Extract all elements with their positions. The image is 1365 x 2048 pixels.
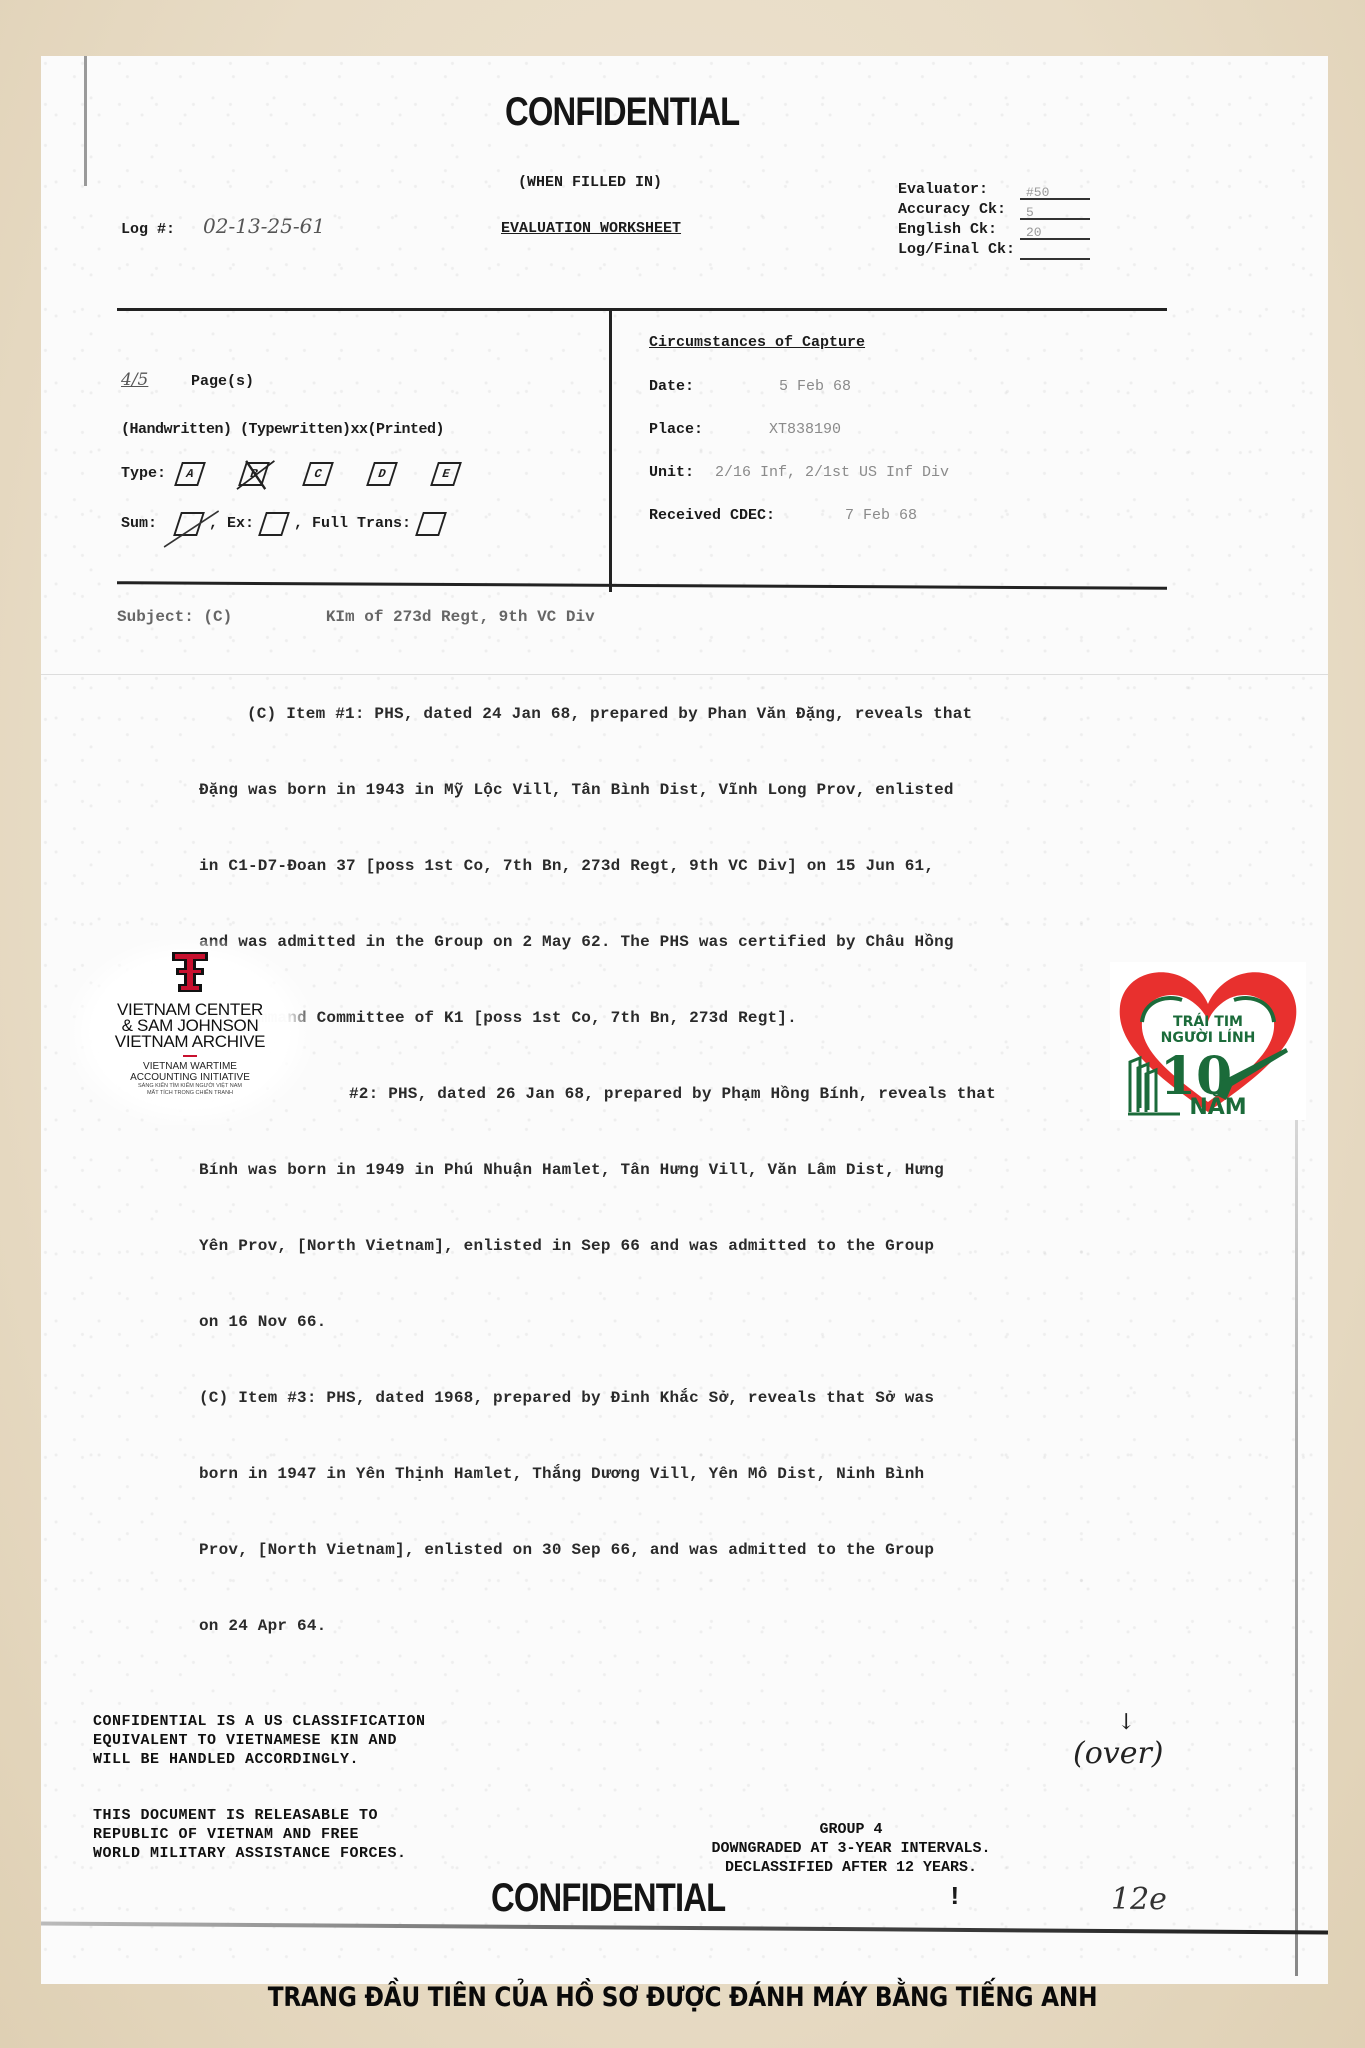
page-number-hand: 12e bbox=[1111, 1882, 1167, 1917]
accuracy-row: Accuracy Ck:5 bbox=[898, 200, 1090, 220]
circumstances-fields: Date:5 Feb 68 Place:XT838190 Unit:2/16 I… bbox=[649, 378, 949, 550]
vc-tiny-1: SÁNG KIẾN TÌM KIẾM NGƯỜI VIỆT NAM bbox=[70, 1083, 310, 1090]
body-line: (C) Item #1: PHS, dated 24 Jan 68, prepa… bbox=[199, 676, 996, 752]
vietnam-center-logo: VIETNAM CENTER & SAM JOHNSON VIETNAM ARC… bbox=[70, 940, 310, 1125]
down-arrow-icon: ↓ bbox=[1117, 1710, 1135, 1735]
double-t-icon bbox=[168, 948, 212, 996]
body-line: and was admitted in the Group on 2 May 6… bbox=[199, 904, 996, 980]
log-value: 02-13-25-61 bbox=[203, 214, 325, 238]
svg-text:NGƯỜI LÍNH: NGƯỜI LÍNH bbox=[1161, 1028, 1256, 1046]
caption: TRANG ĐẦU TIÊN CỦA HỒ SƠ ĐƯỢC ĐÁNH MÁY B… bbox=[96, 1982, 1270, 2013]
evaluator-label: Evaluator: bbox=[898, 180, 1016, 200]
vc-sub-2: ACCOUNTING INITIATIVE bbox=[70, 1072, 310, 1083]
body-line: Đặng was born in 1943 in Mỹ Lộc Vill, Tâ… bbox=[199, 752, 996, 828]
capture-date-label: Date: bbox=[649, 378, 779, 395]
when-filled-in: (WHEN FILLED IN) bbox=[518, 174, 662, 191]
english-label: English Ck: bbox=[898, 220, 1016, 240]
type-label: Type: bbox=[121, 464, 166, 484]
svg-text:NĂM: NĂM bbox=[1189, 1094, 1246, 1120]
body-line: Bính was born in 1949 in Phú Nhuận Hamle… bbox=[199, 1132, 996, 1208]
log-final-row: Log/Final Ck: bbox=[898, 240, 1090, 260]
notice-line: CONFIDENTIAL IS A US CLASSIFICATION bbox=[93, 1712, 426, 1731]
type-checkbox-b[interactable]: B bbox=[238, 462, 270, 486]
accuracy-value: 5 bbox=[1020, 206, 1090, 220]
over-note: ↓ (over) bbox=[1073, 1736, 1164, 1771]
bottom-scan-line bbox=[41, 1922, 1328, 1935]
type-checkbox-a[interactable]: A bbox=[174, 462, 206, 486]
capture-unit-value: 2/16 Inf, 2/1st US Inf Div bbox=[715, 464, 949, 481]
margin-rule bbox=[84, 56, 87, 186]
log-number: Log #: 02-13-25-61 bbox=[121, 214, 325, 238]
capture-date-row: Date:5 Feb 68 bbox=[649, 378, 949, 395]
type-checkbox-e[interactable]: E bbox=[430, 462, 462, 486]
log-final-label: Log/Final Ck: bbox=[898, 240, 1016, 260]
type-boxes: ABCDE bbox=[170, 462, 466, 486]
body-line: (C) Item #3: PHS, dated 1968, prepared b… bbox=[199, 1360, 996, 1436]
form-top-border bbox=[117, 308, 1167, 311]
log-final-value bbox=[1020, 246, 1090, 260]
type-checkbox-c[interactable]: C bbox=[302, 462, 334, 486]
notice-line: WILL BE HANDLED ACCORDINGLY. bbox=[93, 1750, 426, 1769]
trai-tim-nguoi-linh-logo: TRÁI TIM NGƯỜI LÍNH 10 NĂM bbox=[1110, 962, 1306, 1120]
subject-value: KIm of 273d Regt, 9th VC Div bbox=[326, 608, 595, 626]
vc-line-3: VIETNAM ARCHIVE bbox=[70, 1034, 310, 1050]
subject-line: Subject: (C) KIm of 273d Regt, 9th VC Di… bbox=[117, 608, 595, 626]
classification-top: CONFIDENTIAL bbox=[505, 90, 739, 135]
notice-line: WORLD MILITARY ASSISTANCE FORCES. bbox=[93, 1844, 407, 1863]
capture-date-value: 5 Feb 68 bbox=[779, 378, 851, 395]
received-cdec-value: 7 Feb 68 bbox=[845, 507, 917, 524]
body-line: the Command Committee of K1 [poss 1st Co… bbox=[199, 980, 996, 1056]
svg-text:TRÁI TIM: TRÁI TIM bbox=[1173, 1013, 1243, 1030]
english-row: English Ck:20 bbox=[898, 220, 1090, 240]
notice-line: REPUBLIC OF VIETNAM AND FREE bbox=[93, 1825, 407, 1844]
capture-place-row: Place:XT838190 bbox=[649, 421, 949, 438]
vc-accent-dash bbox=[183, 1055, 197, 1057]
body-line: Prov, [North Vietnam], enlisted on 30 Se… bbox=[199, 1512, 996, 1588]
over-note-text: (over) bbox=[1073, 1736, 1164, 1771]
margin-rule-right bbox=[1295, 1076, 1298, 1976]
form-bottom-border bbox=[117, 581, 1167, 589]
capture-unit-row: Unit:2/16 Inf, 2/1st US Inf Div bbox=[649, 464, 949, 481]
circumstances-title: Circumstances of Capture bbox=[649, 334, 865, 351]
vc-tiny-2: MẤT TÍCH TRONG CHIẾN TRANH bbox=[70, 1090, 310, 1097]
form-divider bbox=[609, 310, 612, 592]
capture-place-label: Place: bbox=[649, 421, 769, 438]
notice-line: EQUIVALENT TO VIETNAMESE KIN AND bbox=[93, 1731, 426, 1750]
form-title: EVALUATION WORKSHEET bbox=[501, 220, 681, 237]
type-row: Type: ABCDE bbox=[121, 462, 466, 486]
body-line: on 16 Nov 66. bbox=[199, 1284, 996, 1360]
document-body: (C) Item #1: PHS, dated 24 Jan 68, prepa… bbox=[199, 676, 996, 1664]
pages-value: 4/5 bbox=[121, 370, 191, 390]
accuracy-label: Accuracy Ck: bbox=[898, 200, 1016, 220]
body-line: on 24 Apr 64. bbox=[199, 1588, 996, 1664]
vc-sub-1: VIETNAM WARTIME bbox=[70, 1061, 310, 1072]
evaluator-row: Evaluator:#50 bbox=[898, 180, 1090, 200]
notice-line: THIS DOCUMENT IS RELEASABLE TO bbox=[93, 1806, 407, 1825]
evaluator-block: Evaluator:#50 Accuracy Ck:5 English Ck:2… bbox=[898, 180, 1090, 260]
body-line: Yên Prov, [North Vietnam], enlisted in S… bbox=[199, 1208, 996, 1284]
sum-checkbox[interactable] bbox=[173, 512, 205, 536]
format-line: (Handwritten) (Typewritten)xx(Printed) bbox=[121, 420, 444, 440]
group-notice-line: GROUP 4 bbox=[641, 1820, 1061, 1839]
summary-row: Sum: , Ex: , Full Trans: bbox=[121, 512, 451, 536]
pages-label: Page(s) bbox=[191, 373, 254, 390]
body-line: in C1-D7-Đoan 37 [poss 1st Co, 7th Bn, 2… bbox=[199, 828, 996, 904]
full-trans-checkbox[interactable] bbox=[415, 512, 447, 536]
received-cdec-label: Received CDEC: bbox=[649, 507, 845, 524]
classification-bottom: CONFIDENTIAL bbox=[491, 1876, 725, 1921]
capture-unit-label: Unit: bbox=[649, 464, 715, 481]
type-checkbox-d[interactable]: D bbox=[366, 462, 398, 486]
body-line: #2: PHS, dated 26 Jan 68, prepared by Ph… bbox=[199, 1056, 996, 1132]
group-notice-line: DECLASSIFIED AFTER 12 YEARS. bbox=[641, 1858, 1061, 1877]
group-notice-line: DOWNGRADED AT 3-YEAR INTERVALS. bbox=[641, 1839, 1061, 1858]
classification-notice: CONFIDENTIAL IS A US CLASSIFICATIONEQUIV… bbox=[93, 1712, 426, 1769]
ex-checkbox[interactable] bbox=[258, 512, 290, 536]
exclamation-mark: ! bbox=[947, 1882, 963, 1912]
capture-place-value: XT838190 bbox=[769, 421, 841, 438]
evaluator-value: #50 bbox=[1020, 186, 1090, 200]
ex-label: , Ex: bbox=[209, 514, 254, 534]
group-downgrade-notice: GROUP 4DOWNGRADED AT 3-YEAR INTERVALS.DE… bbox=[641, 1820, 1061, 1877]
english-value: 20 bbox=[1020, 226, 1090, 240]
subject-label: Subject: (C) bbox=[117, 608, 232, 626]
scan-line bbox=[41, 674, 1328, 675]
sum-label: Sum: bbox=[121, 514, 157, 534]
log-label: Log #: bbox=[121, 221, 175, 238]
full-trans-label: , Full Trans: bbox=[294, 514, 411, 534]
pages-field: 4/5Page(s) bbox=[121, 370, 254, 392]
received-cdec-row: Received CDEC:7 Feb 68 bbox=[649, 507, 949, 524]
releasability-notice: THIS DOCUMENT IS RELEASABLE TOREPUBLIC O… bbox=[93, 1806, 407, 1863]
body-line: born in 1947 in Yên Thịnh Hamlet, Thắng … bbox=[199, 1436, 996, 1512]
